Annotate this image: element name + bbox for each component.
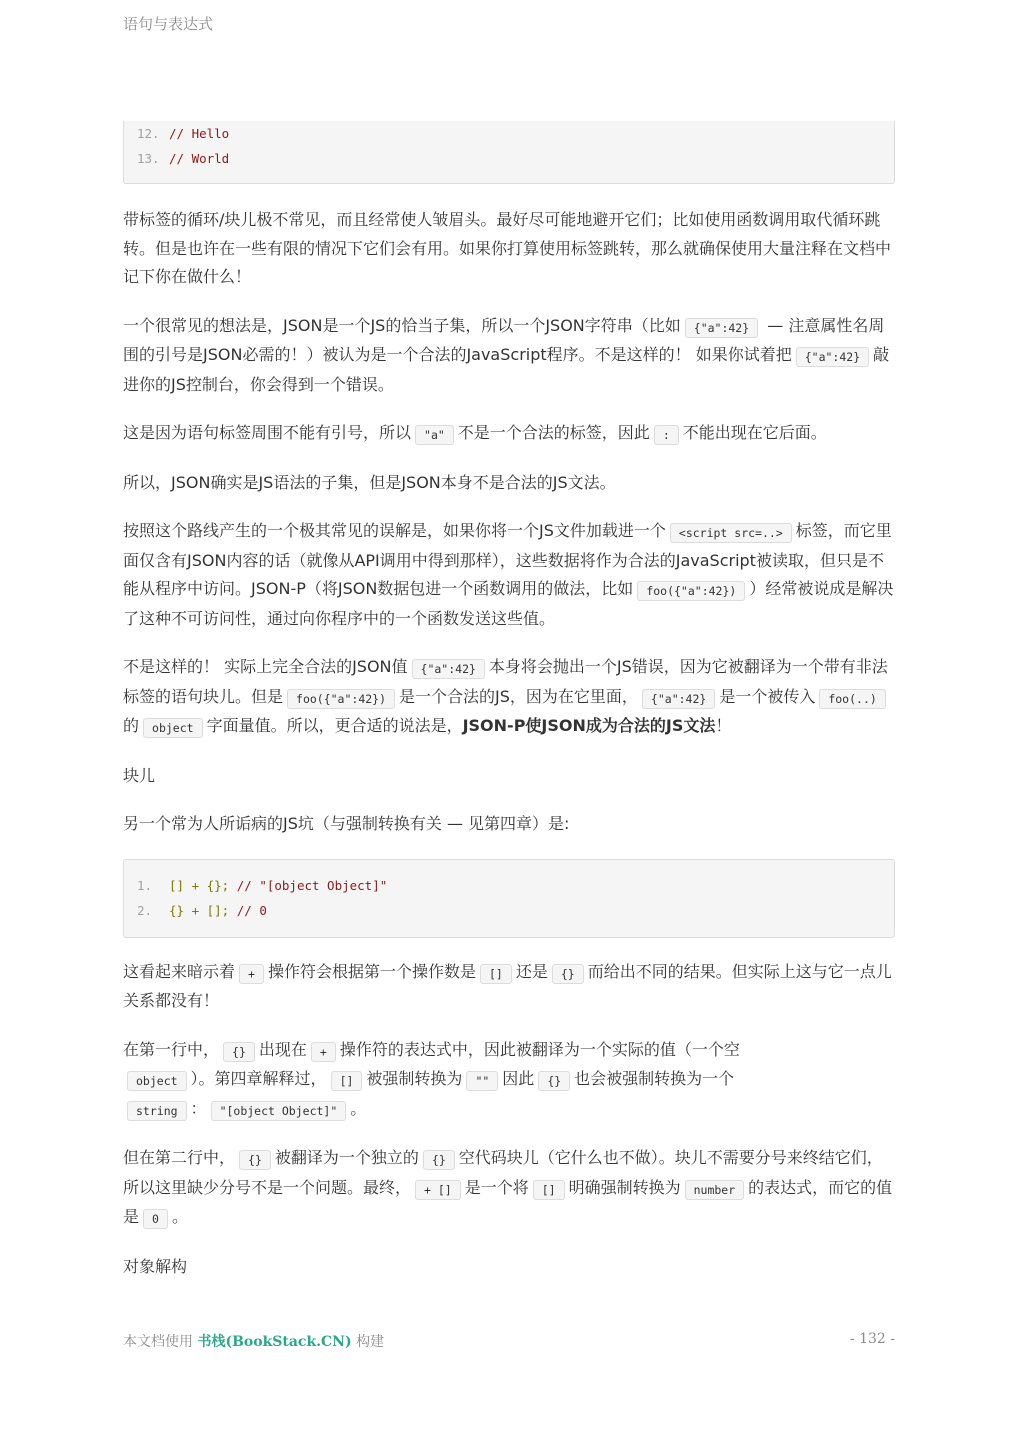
text: 但在第二行中， <box>123 1148 235 1167</box>
text: 也会被强制转换为一个 <box>574 1069 734 1088</box>
inline-code: "[object Object]" <box>211 1101 347 1121</box>
inline-code: {"a":42} <box>642 689 715 709</box>
inline-code: {} <box>538 1071 570 1091</box>
paragraph-first-line: 在第一行中，{}出现在+操作符的表达式中，因此被翻译为一个实际的值（一个空obj… <box>123 1036 803 1125</box>
text: 不能出现在它后面。 <box>683 423 827 442</box>
text: 被强制转换为 <box>366 1069 462 1088</box>
inline-code: + [] <box>415 1180 461 1200</box>
inline-code: number <box>685 1180 745 1200</box>
code-comment: // "[object Object]" <box>237 878 388 893</box>
code-expression: [] + {}; <box>169 878 229 893</box>
inline-code: [] <box>533 1180 565 1200</box>
paragraph-jsonp-truth: 不是这样的！ 实际上完全合法的JSON值{"a":42}本身将会抛出一个JS错误… <box>123 653 895 742</box>
text: 因此 <box>502 1069 534 1088</box>
bold-text: JSON-P使JSON成为合法的JS文法 <box>463 716 716 735</box>
inline-code: + <box>311 1042 336 1062</box>
inline-code: {} <box>552 964 584 984</box>
inline-code: {} <box>223 1042 255 1062</box>
code-comment: // Hello <box>169 126 229 141</box>
inline-code: 0 <box>143 1209 168 1229</box>
text: 的 <box>123 716 139 735</box>
text: ）。第四章解释过， <box>191 1069 327 1088</box>
inline-code: {"a":42} <box>412 659 485 679</box>
inline-code: foo(..) <box>819 689 885 709</box>
code-line: 1.[] + {}; // "[object Object]" <box>137 873 894 898</box>
inline-code: object <box>127 1071 187 1091</box>
code-line: 13.// World <box>137 146 894 171</box>
inline-code: {"a":42} <box>685 318 758 338</box>
text: 这看起来暗示着 <box>123 962 235 981</box>
inline-code: string <box>127 1101 187 1121</box>
text: ： <box>191 1099 207 1118</box>
inline-code: [] <box>331 1071 363 1091</box>
text: 是一个合法的JS，因为在它里面， <box>399 687 638 706</box>
paragraph-jsonp-misconception: 按照这个路线产生的一个极其常见的误解是，如果你将一个JS文件加载进一个<scri… <box>123 517 895 633</box>
text: 一个很常见的想法是，JSON是一个JS的恰当子集，所以一个JSON字符串（比如 <box>123 316 681 335</box>
code-comment: // 0 <box>237 903 267 918</box>
footer-attribution: 本文档使用 书栈(BookStack.CN) 构建 <box>123 1331 384 1351</box>
paragraph-label-quotes: 这是因为语句标签周围不能有引号，所以"a"不是一个合法的标签，因此:不能出现在它… <box>123 419 895 449</box>
text: 是一个被传入 <box>719 687 815 706</box>
code-line: 2.{} + []; // 0 <box>137 898 894 923</box>
text: 操作符会根据第一个操作数是 <box>268 962 476 981</box>
inline-code: "a" <box>415 425 454 445</box>
text: 出现在 <box>259 1040 307 1059</box>
text: 这是因为语句标签周围不能有引号，所以 <box>123 423 411 442</box>
inline-code: [] <box>480 964 512 984</box>
text: 是一个将 <box>465 1178 529 1197</box>
page-number: - 132 - <box>850 1331 895 1347</box>
text: 不是这样的！ 实际上完全合法的JSON值 <box>123 657 408 676</box>
text: 明确强制转换为 <box>569 1178 681 1197</box>
inline-code: object <box>143 718 203 738</box>
footer-prefix: 本文档使用 <box>123 1334 193 1350</box>
text: 。 <box>350 1099 366 1118</box>
code-expression: {} + []; <box>169 903 229 918</box>
line-number: 2. <box>137 898 169 923</box>
line-number: 1. <box>137 873 169 898</box>
text: ！ <box>715 716 731 735</box>
inline-code: + <box>239 964 264 984</box>
text: 。 <box>172 1207 188 1226</box>
paragraph-operator-implication: 这看起来暗示着+操作符会根据第一个操作数是[]还是{}而给出不同的结果。但实际上… <box>123 958 895 1016</box>
page-header-title: 语句与表达式 <box>123 13 213 34</box>
paragraph-second-line: 但在第二行中，{}被翻译为一个独立的{}空代码块儿（它什么也不做）。块儿不需要分… <box>123 1144 895 1233</box>
inline-code: "" <box>466 1071 498 1091</box>
inline-code: : <box>654 425 679 445</box>
text: 字面量值。所以，更合适的说法是， <box>207 716 463 735</box>
line-number: 12. <box>137 121 169 146</box>
line-number: 13. <box>137 146 169 171</box>
text: 不是一个合法的标签，因此 <box>458 423 650 442</box>
text: 操作符的表达式中，因此被翻译为一个实际的值（一个空 <box>340 1040 740 1059</box>
section-heading-blocks: 块儿 <box>123 762 895 791</box>
text: 按照这个路线产生的一个极其常见的误解是，如果你将一个JS文件加载进一个 <box>123 521 666 540</box>
inline-code: <script src=..> <box>670 523 792 543</box>
code-line: 12.// Hello <box>137 121 894 146</box>
inline-code: foo({"a":42}) <box>637 581 745 601</box>
text: 还是 <box>516 962 548 981</box>
paragraph-labeled-loops: 带标签的循环/块儿极不常见，而且经常使人皱眉头。最好尽可能地避开它们；比如使用函… <box>123 206 895 292</box>
code-block-coercion: 1.[] + {}; // "[object Object]" 2.{} + [… <box>123 859 895 938</box>
footer-suffix: 构建 <box>356 1334 384 1350</box>
inline-code: foo({"a":42}) <box>287 689 395 709</box>
code-block-labels: 12.// Hello 13.// World <box>123 121 895 184</box>
paragraph-json-subset: 一个很常见的想法是，JSON是一个JS的恰当子集，所以一个JSON字符串（比如{… <box>123 312 895 400</box>
text: 被翻译为一个独立的 <box>275 1148 419 1167</box>
text: 在第一行中， <box>123 1040 219 1059</box>
inline-code: {} <box>423 1150 455 1170</box>
inline-code: {} <box>239 1150 271 1170</box>
paragraph-json-grammar: 所以，JSON确实是JS语法的子集，但是JSON本身不是合法的JS文法。 <box>123 469 895 498</box>
code-comment: // World <box>169 151 229 166</box>
bookstack-link[interactable]: 书栈(BookStack.CN) <box>197 1334 351 1350</box>
document-content: 12.// Hello 13.// World 带标签的循环/块儿极不常见，而且… <box>123 121 895 1281</box>
paragraph-coercion-gotcha: 另一个常为人所诟病的JS坑（与强制转换有关 — 见第四章）是: <box>123 810 895 839</box>
inline-code: {"a":42} <box>796 347 869 367</box>
section-heading-object-destructuring: 对象解构 <box>123 1253 895 1282</box>
